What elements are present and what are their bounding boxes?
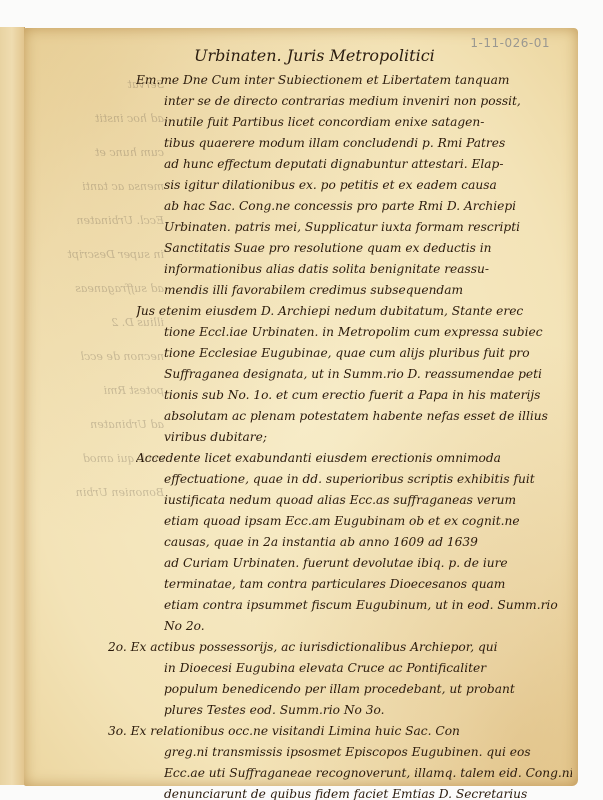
manuscript-line: ab hac Sac. Cong.ne concessis pro parte … [164, 196, 572, 217]
archive-reference-number: 1-11-026-01 [470, 36, 550, 50]
manuscript-line: 3o. Ex relationibus occ.ne visitandi Lim… [108, 721, 572, 742]
paragraph-1: Em.me Dne Cum inter Subiectionem et Libe… [136, 70, 572, 301]
manuscript-line: ad Curiam Urbinaten. fuerunt devolutae i… [164, 553, 572, 574]
paragraph-3: Accedente licet exabundanti eiusdem erec… [136, 448, 572, 637]
manuscript-line: greg.ni transmissis ipsosmet Episcopos E… [164, 742, 572, 763]
manuscript-line: ad hunc effectum deputati dignabuntur at… [164, 154, 572, 175]
manuscript-line: etiam quoad ipsam Ecc.am Eugubinam ob et… [164, 511, 572, 532]
manuscript-line: informationibus alias datis solita benig… [164, 259, 572, 280]
document-body: Em.me Dne Cum inter Subiectionem et Libe… [164, 70, 572, 800]
manuscript-line: inter se de directo contrarias medium in… [164, 91, 572, 112]
manuscript-line: Em.me Dne Cum inter Subiectionem et Libe… [136, 70, 572, 91]
paragraph-point-3: 3o. Ex relationibus occ.ne visitandi Lim… [108, 721, 572, 800]
manuscript-line: Ecc.ae uti Suffraganeae recognoverunt, i… [164, 763, 572, 784]
manuscript-line: etiam contra ipsummet fiscum Eugubinum, … [164, 595, 572, 616]
manuscript-line: populum benedicendo per illam procedeban… [164, 679, 572, 700]
manuscript-scan: Servatad hoc institcum hunc etmensa ac t… [0, 0, 603, 800]
paragraph-point-2: 2o. Ex actibus possessorijs, ac iurisdic… [108, 637, 572, 721]
manuscript-page: Servatad hoc institcum hunc etmensa ac t… [24, 28, 578, 786]
manuscript-line: inutile fuit Partibus licet concordiam e… [164, 112, 572, 133]
manuscript-line: terminatae, tam contra particulares Dioe… [164, 574, 572, 595]
manuscript-line: 2o. Ex actibus possessorijs, ac iurisdic… [108, 637, 572, 658]
paragraph-2: Jus etenim eiusdem D. Archiepi nedum dub… [136, 301, 572, 448]
manuscript-line: causas, quae in 2a instantia ab anno 160… [164, 532, 572, 553]
manuscript-line: Suffraganea designata, ut in Summ.rio D.… [164, 364, 572, 385]
manuscript-line: tione Eccl.iae Urbinaten. in Metropolim … [164, 322, 572, 343]
manuscript-line: mendis illi favorabilem credimus subsequ… [164, 280, 572, 301]
manuscript-line: No 2o. [164, 616, 572, 637]
manuscript-line: Urbinaten. patris mei, Supplicatur iuxta… [164, 217, 572, 238]
manuscript-line: Accedente licet exabundanti eiusdem erec… [136, 448, 572, 469]
manuscript-line: iustificata nedum quoad alias Ecc.as suf… [164, 490, 572, 511]
manuscript-line: denunciarunt de quibus fidem faciet Emti… [164, 784, 572, 800]
manuscript-line: tionis sub No. 1o. et cum erectio fuerit… [164, 385, 572, 406]
manuscript-line: plures Testes eod. Summ.rio No 3o. [164, 700, 572, 721]
manuscript-line: absolutam ac plenam potestatem habente n… [164, 406, 572, 427]
manuscript-line: Jus etenim eiusdem D. Archiepi nedum dub… [136, 301, 572, 322]
manuscript-line: sis igitur dilationibus ex. po petitis e… [164, 175, 572, 196]
manuscript-line: effectuatione, quae in dd. superioribus … [164, 469, 572, 490]
manuscript-line: viribus dubitare; [164, 427, 572, 448]
manuscript-line: Sanctitatis Suae pro resolutione quam ex… [164, 238, 572, 259]
manuscript-line: tione Ecclesiae Eugubinae, quae cum alij… [164, 343, 572, 364]
manuscript-line: tibus quaerere modum illam concludendi p… [164, 133, 572, 154]
document-heading: Urbinaten. Juris Metropolitici [194, 46, 435, 65]
adjacent-leaf-edge [0, 27, 25, 785]
manuscript-line: in Dioecesi Eugubina elevata Cruce ac Po… [164, 658, 572, 679]
